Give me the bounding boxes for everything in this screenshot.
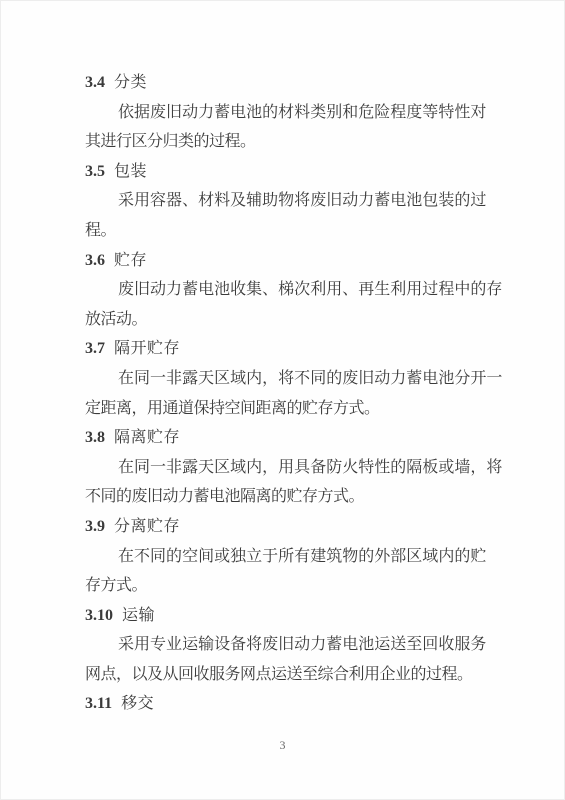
paragraph-line: 定距离，用通道保持空间距离的贮存方式。 [85,394,475,424]
paragraph-line: 存方式。 [85,571,475,601]
clause-title: 运输 [122,607,155,624]
clause-title: 分离贮存 [114,518,180,535]
clause-title: 隔离贮存 [114,429,180,446]
paragraph-line: 网点，以及从回收服务网点运送至综合利用企业的过程。 [85,660,475,690]
paragraph-line: 采用容器、材料及辅助物将废旧动力蓄电池包装的过 [85,186,475,216]
clause-number: 3.6 [85,252,105,269]
section-heading: 3.8隔离贮存 [85,423,475,453]
section-heading: 3.4分类 [85,68,475,98]
section-heading: 3.11移交 [85,689,475,719]
section-heading: 3.5包装 [85,157,475,187]
clause-number: 3.8 [85,429,105,446]
section-heading: 3.6贮存 [85,246,475,276]
paragraph-line: 在同一非露天区域内，用具备防火特性的隔板或墙，将 [85,453,475,483]
clause-number: 3.9 [85,518,105,535]
document-page: 3.4分类依据废旧动力蓄电池的材料类别和危险程度等特性对其进行区分归类的过程。3… [0,0,565,800]
clause-title: 包装 [114,163,147,180]
clause-number: 3.11 [85,695,112,712]
paragraph-line: 依据废旧动力蓄电池的材料类别和危险程度等特性对 [85,98,475,128]
paragraph-line: 废旧动力蓄电池收集、梯次利用、再生利用过程中的存 [85,275,475,305]
paragraph-line: 放活动。 [85,305,475,335]
section-heading: 3.9分离贮存 [85,512,475,542]
clause-title: 隔开贮存 [114,340,180,357]
clause-number: 3.4 [85,74,105,91]
paragraph-line: 采用专业运输设备将废旧动力蓄电池运送至回收服务 [85,630,475,660]
clause-title: 贮存 [114,252,147,269]
paragraph-line: 在同一非露天区域内，将不同的废旧动力蓄电池分开一 [85,364,475,394]
page-number: 3 [0,736,565,754]
clause-title: 移交 [121,695,154,712]
paragraph-line: 程。 [85,216,475,246]
section-heading: 3.7隔开贮存 [85,334,475,364]
clause-number: 3.5 [85,163,105,180]
paragraph-line: 不同的废旧动力蓄电池隔离的贮存方式。 [85,482,475,512]
paragraph-line: 在不同的空间或独立于所有建筑物的外部区域内的贮 [85,542,475,572]
section-heading: 3.10运输 [85,601,475,631]
paragraph-line: 其进行区分归类的过程。 [85,127,475,157]
clause-title: 分类 [114,74,147,91]
clause-number: 3.7 [85,340,105,357]
clause-number: 3.10 [85,607,113,624]
document-body: 3.4分类依据废旧动力蓄电池的材料类别和危险程度等特性对其进行区分归类的过程。3… [85,68,475,719]
